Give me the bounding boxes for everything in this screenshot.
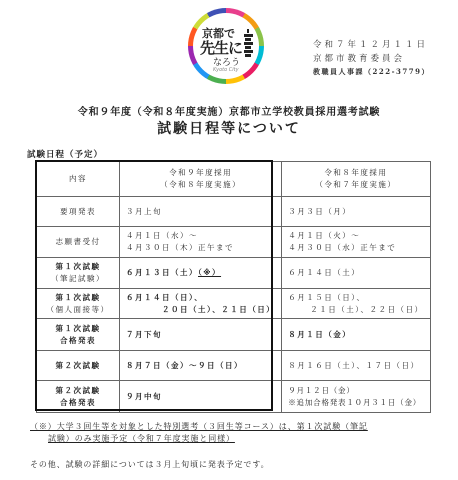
cell-line: ２０日（土）、２１日（日） [126, 304, 275, 316]
cell-line: ９月１２日（金） [288, 385, 423, 397]
cell-line: 合格発表 [41, 397, 115, 409]
table-row: 第１次試験 （個人面接等） ６月１４日（日）、 ２０日（土）、２１日（日） ６月… [37, 289, 431, 319]
pagoda-icon [243, 29, 253, 59]
section-heading: 試験日程（予定） [27, 148, 103, 160]
row-item: 第１次試験 （個人面接等） [37, 289, 120, 319]
header-col1-line2: （令和８年度実施） [126, 179, 275, 191]
table-row: 要項発表 ３月上旬 ３月３日（月） [37, 197, 431, 227]
logo-inner: 京都で 先生に なろう Kyoto City [193, 13, 259, 79]
row-col2: ８月１６日（土）、１７日（日） [282, 351, 430, 381]
kyoto-teacher-logo: 京都で 先生に なろう Kyoto City [188, 8, 264, 84]
cell-line: （筆記試験） [41, 273, 115, 285]
row-col2: ６月１４日（土） [282, 258, 430, 289]
table-row: 志願書受付 ４月１日（水）～ ４月３０日（木）正午まで ４月１日（火）～ ４月３… [37, 227, 431, 258]
row-col1: ８月７日（金）～９日（日） [120, 351, 282, 381]
department: 教職員人事課（222-3779） [313, 67, 430, 77]
table-header-row: 内容 令和９年度採用 （令和８年度実施） 令和８年度採用 （令和７年度実施） [37, 162, 431, 197]
header-col2-line2: （令和７年度実施） [288, 179, 423, 191]
header-item: 内容 [37, 162, 120, 197]
cell-line: ６月１４日（日）、 [126, 292, 275, 304]
table-row: 第１次試験 合格発表 ７月下旬 ８月１日（金） [37, 319, 431, 351]
cell-line: ６月１５日（日）、 [288, 292, 423, 304]
row-col1: ６月１３日（土）（※） [120, 258, 282, 289]
table-row: 第１次試験 （筆記試験） ６月１３日（土）（※） ６月１４日（土） [37, 258, 431, 289]
logo-text-line4: Kyoto City [213, 67, 239, 73]
row-col1: ４月１日（水）～ ４月３０日（木）正午まで [120, 227, 282, 258]
closing-remark: その他、試験の詳細については３月上旬頃に発表予定です。 [30, 459, 270, 470]
footnote-line1: （※）大学３回生等を対象とした特別選考（３回生等コース）は、第１次試験（筆記 [30, 420, 368, 433]
document-title: 令和９年度（令和８年度実施）京都市立学校教員採用選考試験 [0, 103, 458, 118]
row-col2: ８月１日（金） [282, 319, 430, 351]
row-col1: ９月中旬 [120, 381, 282, 413]
cell-line: （個人面接等） [41, 304, 115, 316]
header-col2-line1: 令和８年度採用 [288, 167, 423, 179]
table-row: 第２次試験 合格発表 ９月中旬 ９月１２日（金） ※追加合格発表１０月３１日（金… [37, 381, 431, 413]
organization: 京都市教育委員会 [313, 52, 405, 64]
issue-date: 令和７年１２月１１日 [313, 38, 428, 50]
header-col2: 令和８年度採用 （令和７年度実施） [282, 162, 430, 197]
cell-line: 第２次試験 [41, 385, 115, 397]
row-item: 第２次試験 [37, 351, 120, 381]
row-item: 第１次試験 （筆記試験） [37, 258, 120, 289]
row-col2: ３月３日（月） [282, 197, 430, 227]
cell-line: ４月３０日（木）正午まで [126, 242, 275, 254]
row-col2: ９月１２日（金） ※追加合格発表１０月３１日（金） [282, 381, 430, 413]
cell-text: ６月１３日（土） [126, 268, 198, 277]
cell-line: 第１次試験 [41, 261, 115, 273]
cell-line: ４月１日（水）～ [126, 230, 275, 242]
cell-line: 第１次試験 [41, 323, 115, 335]
row-col1: ６月１４日（日）、 ２０日（土）、２１日（日） [120, 289, 282, 319]
document-subtitle: 試験日程等について [0, 118, 458, 138]
row-item: 志願書受付 [37, 227, 120, 258]
header-col1-line1: 令和９年度採用 [126, 167, 275, 179]
row-item: 第１次試験 合格発表 [37, 319, 120, 351]
cell-line: ４月３０日（水）正午まで [288, 242, 423, 254]
schedule-table: 内容 令和９年度採用 （令和８年度実施） 令和８年度採用 （令和７年度実施） 要… [36, 161, 431, 413]
row-item: 第２次試験 合格発表 [37, 381, 120, 413]
row-col1: ３月上旬 [120, 197, 282, 227]
cell-line: ２１日（土）、２２日（日） [288, 304, 423, 316]
row-col2: ４月１日（火）～ ４月３０日（水）正午まで [282, 227, 430, 258]
note-marker: （※） [198, 268, 221, 277]
cell-line: ※追加合格発表１０月３１日（金） [288, 397, 423, 409]
cell-line: 合格発表 [41, 335, 115, 347]
row-col2: ６月１５日（日）、 ２１日（土）、２２日（日） [282, 289, 430, 319]
table-row: 第２次試験 ８月７日（金）～９日（日） ８月１６日（土）、１７日（日） [37, 351, 431, 381]
cell-line: ４月１日（火）～ [288, 230, 423, 242]
footnote-line2: 試験）のみ実施予定（令和７年度実施と同様） [48, 433, 235, 444]
row-col1: ７月下旬 [120, 319, 282, 351]
header-col1: 令和９年度採用 （令和８年度実施） [120, 162, 282, 197]
row-item: 要項発表 [37, 197, 120, 227]
cell-line: 第１次試験 [41, 292, 115, 304]
